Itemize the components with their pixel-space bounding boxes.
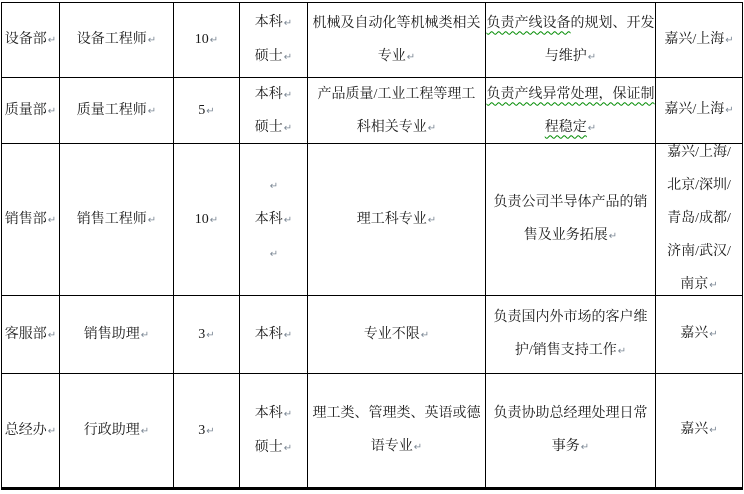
cell-line: 本科↵ bbox=[255, 397, 292, 431]
cell-line: 本科↵ bbox=[255, 203, 292, 237]
cell-line: 护/销售支持工作↵ bbox=[515, 334, 626, 368]
cell-education[interactable]: ↵本科↵↵ bbox=[240, 144, 308, 296]
cell-text: 北京/深圳/ bbox=[667, 178, 731, 193]
table-row: 销售部↵销售工程师↵10↵↵本科↵↵理工科专业↵负责公司半导体产品的销售及业务拓… bbox=[2, 144, 742, 296]
cell-text: 本科 bbox=[255, 327, 283, 342]
paragraph-mark-icon: ↵ bbox=[284, 123, 292, 134]
cell-line: 专业↵ bbox=[378, 40, 415, 74]
paragraph-mark-icon: ↵ bbox=[284, 409, 292, 420]
cell-position[interactable]: 质量工程师↵ bbox=[60, 78, 174, 144]
cell-line: 嘉兴↵ bbox=[680, 414, 717, 447]
cell-text: 机械及自动化等机械类相关 bbox=[313, 16, 481, 31]
cell-position[interactable]: 设备工程师↵ bbox=[60, 3, 174, 78]
cell-location[interactable]: 嘉兴↵ bbox=[656, 374, 742, 487]
paragraph-mark-icon: ↵ bbox=[284, 18, 292, 29]
cell-text: 售及业务拓展 bbox=[524, 228, 608, 243]
cell-headcount[interactable]: 3↵ bbox=[174, 296, 240, 374]
cell-line: 程稳定↵ bbox=[545, 111, 596, 144]
paragraph-mark-icon: ↵ bbox=[210, 215, 218, 226]
cell-line: 负责公司半导体产品的销 bbox=[494, 186, 648, 219]
paragraph-mark-icon: ↵ bbox=[48, 215, 56, 226]
cell-line: 理工科专业↵ bbox=[357, 203, 436, 237]
cell-text: 设备工程师 bbox=[77, 32, 147, 47]
cell-line: 设备部↵ bbox=[5, 23, 56, 57]
cell-text: 产品质量/工业工程等理工 bbox=[318, 87, 476, 102]
cell-text: 护/销售支持工作 bbox=[515, 343, 617, 358]
paragraph-mark-icon: ↵ bbox=[148, 106, 156, 117]
cell-line: 科相关专业↵ bbox=[357, 111, 436, 144]
cell-text: 嘉兴/上海/ bbox=[667, 145, 731, 160]
paragraph-mark-icon: ↵ bbox=[725, 35, 733, 46]
paragraph-mark-icon: ↵ bbox=[407, 52, 415, 63]
cell-text: 专业 bbox=[378, 49, 406, 64]
paragraph-mark-icon: ↵ bbox=[428, 123, 436, 134]
paragraph-mark-icon: ↵ bbox=[270, 181, 278, 192]
paragraph-mark-icon: ↵ bbox=[206, 330, 214, 341]
cell-location[interactable]: 嘉兴/上海↵ bbox=[656, 3, 742, 78]
cell-line: 客服部↵ bbox=[5, 318, 56, 352]
cell-line: 质量部↵ bbox=[5, 94, 56, 128]
cell-responsibility[interactable]: 负责产线设备的规划、开发与维护↵ bbox=[486, 3, 656, 78]
cell-line: ↵ bbox=[269, 169, 278, 203]
document-canvas: 设备部↵设备工程师↵10↵本科↵硕士↵机械及自动化等机械类相关专业↵负责产线设备… bbox=[0, 0, 744, 494]
paragraph-mark-icon: ↵ bbox=[148, 35, 156, 46]
cell-text: 硕士 bbox=[255, 49, 283, 64]
paragraph-mark-icon: ↵ bbox=[48, 106, 56, 117]
cell-responsibility[interactable]: 负责国内外市场的客户维护/销售支持工作↵ bbox=[486, 296, 656, 374]
table-row: 客服部↵销售助理↵3↵本科↵专业不限↵负责国内外市场的客户维护/销售支持工作↵嘉… bbox=[2, 296, 742, 374]
cell-text: 嘉兴 bbox=[680, 422, 708, 437]
cell-text: 理工类、管理类、英语或德 bbox=[313, 406, 481, 421]
cell-location[interactable]: 嘉兴/上海/北京/深圳/青岛/成都/济南/武汉/南京↵ bbox=[656, 144, 742, 296]
cell-headcount[interactable]: 10↵ bbox=[174, 3, 240, 78]
cell-major[interactable]: 理工科专业↵ bbox=[308, 144, 486, 296]
cell-text: 硕士 bbox=[255, 440, 283, 455]
cell-line: 设备工程师↵ bbox=[77, 23, 156, 57]
cell-text: 南京 bbox=[680, 277, 708, 292]
paragraph-mark-icon: ↵ bbox=[609, 231, 617, 242]
cell-line: 硕士↵ bbox=[255, 111, 292, 144]
cell-line: 本科↵ bbox=[255, 318, 292, 352]
cell-line: 销售助理↵ bbox=[84, 318, 149, 352]
cell-line: 理工类、管理类、英语或德 bbox=[313, 397, 481, 430]
paragraph-mark-icon: ↵ bbox=[421, 330, 429, 341]
cell-major[interactable]: 理工类、管理类、英语或德语专业↵ bbox=[308, 374, 486, 487]
cell-major[interactable]: 产品质量/工业工程等理工科相关专业↵ bbox=[308, 78, 486, 144]
cell-line: 青岛/成都/ bbox=[667, 203, 731, 236]
cell-text: 科相关专业 bbox=[357, 120, 427, 135]
table-row: 总经办↵行政助理↵3↵本科↵硕士↵理工类、管理类、英语或德语专业↵负责协助总经理… bbox=[2, 374, 742, 487]
paragraph-mark-icon: ↵ bbox=[270, 249, 278, 260]
cell-text: 3 bbox=[198, 327, 205, 342]
paragraph-mark-icon: ↵ bbox=[588, 123, 596, 134]
cell-text: 济南/武汉/ bbox=[667, 244, 731, 259]
cell-text: 销售部 bbox=[5, 212, 47, 227]
cell-text: 客服部 bbox=[5, 327, 47, 342]
cell-line: 销售部↵ bbox=[5, 203, 56, 237]
cell-line: 与维护↵ bbox=[545, 40, 596, 74]
paragraph-mark-icon: ↵ bbox=[48, 35, 56, 46]
cell-text: 销售工程师 bbox=[77, 212, 147, 227]
paragraph-mark-icon: ↵ bbox=[709, 329, 717, 340]
cell-text: 专业不限 bbox=[364, 327, 420, 342]
cell-text: 本科 bbox=[255, 15, 283, 30]
cell-text: 3 bbox=[198, 423, 205, 438]
cell-text: 本科 bbox=[255, 212, 283, 227]
cell-line: 负责国内外市场的客户维 bbox=[494, 301, 648, 334]
spellcheck-flagged-text: 程稳定 bbox=[545, 120, 587, 135]
cell-line: 质量工程师↵ bbox=[77, 94, 156, 128]
cell-line: 机械及自动化等机械类相关 bbox=[313, 7, 481, 40]
cell-responsibility[interactable]: 负责公司半导体产品的销售及业务拓展↵ bbox=[486, 144, 656, 296]
table-row: 质量部↵质量工程师↵5↵本科↵硕士↵产品质量/工业工程等理工科相关专业↵负责产线… bbox=[2, 78, 742, 144]
cell-responsibility[interactable]: 负责产线异常处理，保证制程稳定↵ bbox=[486, 78, 656, 144]
cell-text: 嘉兴/上海 bbox=[664, 102, 724, 117]
cell-department[interactable]: 质量部↵ bbox=[2, 78, 60, 144]
cell-text: 与维护 bbox=[545, 49, 587, 64]
cell-line: 嘉兴/上海↵ bbox=[664, 24, 733, 57]
cell-department[interactable]: 设备部↵ bbox=[2, 3, 60, 78]
cell-line: 总经办↵ bbox=[5, 414, 56, 448]
cell-text: 嘉兴/上海 bbox=[664, 32, 724, 47]
paragraph-mark-icon: ↵ bbox=[206, 426, 214, 437]
cell-text: 负责协助总经理处理日常 bbox=[494, 406, 648, 421]
paragraph-mark-icon: ↵ bbox=[618, 346, 626, 357]
cell-line: 3↵ bbox=[198, 318, 214, 352]
cell-line: 行政助理↵ bbox=[84, 414, 149, 448]
cell-text: 硕士 bbox=[255, 120, 283, 135]
cell-line: 语专业↵ bbox=[371, 430, 422, 464]
spellcheck-flagged-text: 负责产线设备 bbox=[487, 16, 571, 31]
cell-text: 设备部 bbox=[5, 32, 47, 47]
paragraph-mark-icon: ↵ bbox=[141, 426, 149, 437]
paragraph-mark-icon: ↵ bbox=[284, 215, 292, 226]
cell-text: 本科 bbox=[255, 406, 283, 421]
cell-text: 行政助理 bbox=[84, 423, 140, 438]
paragraph-mark-icon: ↵ bbox=[284, 443, 292, 454]
cell-responsibility[interactable]: 负责协助总经理处理日常事务↵ bbox=[486, 374, 656, 487]
spellcheck-flagged-text: 负责产线异常处理，保证制 bbox=[487, 87, 655, 102]
cell-text: 质量工程师 bbox=[77, 103, 147, 118]
cell-headcount[interactable]: 5↵ bbox=[174, 78, 240, 144]
cell-text: 负责公司半导体产品的销 bbox=[494, 195, 648, 210]
cell-line: ↵ bbox=[269, 237, 278, 271]
paragraph-mark-icon: ↵ bbox=[141, 330, 149, 341]
cell-location[interactable]: 嘉兴↵ bbox=[656, 296, 742, 374]
cell-line: 售及业务拓展↵ bbox=[524, 219, 617, 253]
cell-line: 10↵ bbox=[195, 23, 218, 57]
cell-line: 负责协助总经理处理日常 bbox=[494, 397, 648, 430]
cell-location[interactable]: 嘉兴/上海↵ bbox=[656, 78, 742, 144]
paragraph-mark-icon: ↵ bbox=[581, 442, 589, 453]
cell-line: 嘉兴/上海↵ bbox=[664, 94, 733, 127]
cell-education[interactable]: 本科↵硕士↵ bbox=[240, 78, 308, 144]
cell-major[interactable]: 专业不限↵ bbox=[308, 296, 486, 374]
cell-line: 嘉兴/上海/ bbox=[667, 144, 731, 170]
cell-education[interactable]: 本科↵硕士↵ bbox=[240, 3, 308, 78]
paragraph-mark-icon: ↵ bbox=[284, 90, 292, 101]
cell-department[interactable]: 销售部↵ bbox=[2, 144, 60, 296]
cell-position[interactable]: 销售助理↵ bbox=[60, 296, 174, 374]
cell-line: 南京↵ bbox=[680, 269, 717, 296]
cell-text: 10 bbox=[195, 32, 209, 47]
paragraph-mark-icon: ↵ bbox=[284, 52, 292, 63]
cell-position[interactable]: 行政助理↵ bbox=[60, 374, 174, 487]
cell-text: 青岛/成都/ bbox=[667, 211, 731, 226]
cell-line: 销售工程师↵ bbox=[77, 203, 156, 237]
cell-education[interactable]: 本科↵硕士↵ bbox=[240, 374, 308, 487]
cell-text: 的规划、开发 bbox=[571, 16, 655, 31]
paragraph-mark-icon: ↵ bbox=[709, 280, 717, 291]
cell-education[interactable]: 本科↵ bbox=[240, 296, 308, 374]
cell-text: 5 bbox=[198, 103, 205, 118]
cell-text: 负责国内外市场的客户维 bbox=[494, 310, 648, 325]
cell-headcount[interactable]: 3↵ bbox=[174, 374, 240, 487]
paragraph-mark-icon: ↵ bbox=[414, 442, 422, 453]
paragraph-mark-icon: ↵ bbox=[284, 330, 292, 341]
cell-line: 北京/深圳/ bbox=[667, 170, 731, 203]
cell-text: 嘉兴 bbox=[680, 326, 708, 341]
cell-line: 本科↵ bbox=[255, 6, 292, 40]
paragraph-mark-icon: ↵ bbox=[709, 425, 717, 436]
cell-line: 3↵ bbox=[198, 414, 214, 448]
cell-text: 事务 bbox=[552, 439, 580, 454]
cell-text: 10 bbox=[195, 212, 209, 227]
paragraph-mark-icon: ↵ bbox=[428, 215, 436, 226]
paragraph-mark-icon: ↵ bbox=[148, 215, 156, 226]
cell-headcount[interactable]: 10↵ bbox=[174, 144, 240, 296]
cell-line: 济南/武汉/ bbox=[667, 236, 731, 269]
cell-major[interactable]: 机械及自动化等机械类相关专业↵ bbox=[308, 3, 486, 78]
paragraph-mark-icon: ↵ bbox=[48, 426, 56, 437]
cell-text: 本科 bbox=[255, 87, 283, 102]
cell-line: 5↵ bbox=[198, 94, 214, 128]
cell-line: 硕士↵ bbox=[255, 40, 292, 74]
cell-line: 负责产线异常处理，保证制 bbox=[487, 78, 655, 111]
cell-text: 销售助理 bbox=[84, 327, 140, 342]
cell-line: 硕士↵ bbox=[255, 431, 292, 465]
cell-position[interactable]: 销售工程师↵ bbox=[60, 144, 174, 296]
cell-department[interactable]: 总经办↵ bbox=[2, 374, 60, 487]
paragraph-mark-icon: ↵ bbox=[206, 106, 214, 117]
cell-line: 产品质量/工业工程等理工 bbox=[318, 78, 476, 111]
cell-line: 本科↵ bbox=[255, 78, 292, 111]
cell-text: 质量部 bbox=[5, 103, 47, 118]
cell-line: 负责产线设备的规划、开发 bbox=[487, 7, 655, 40]
paragraph-mark-icon: ↵ bbox=[210, 35, 218, 46]
job-recruitment-table: 设备部↵设备工程师↵10↵本科↵硕士↵机械及自动化等机械类相关专业↵负责产线设备… bbox=[1, 2, 743, 490]
paragraph-mark-icon: ↵ bbox=[588, 52, 596, 63]
cell-text: 理工科专业 bbox=[357, 212, 427, 227]
paragraph-mark-icon: ↵ bbox=[48, 330, 56, 341]
cell-department[interactable]: 客服部↵ bbox=[2, 296, 60, 374]
cell-text: 总经办 bbox=[5, 423, 47, 438]
cell-line: 事务↵ bbox=[552, 430, 589, 464]
table-row: 设备部↵设备工程师↵10↵本科↵硕士↵机械及自动化等机械类相关专业↵负责产线设备… bbox=[2, 3, 742, 78]
cell-text: 语专业 bbox=[371, 439, 413, 454]
cell-line: 嘉兴↵ bbox=[680, 318, 717, 351]
cell-line: 10↵ bbox=[195, 203, 218, 237]
cell-line: 专业不限↵ bbox=[364, 318, 429, 352]
paragraph-mark-icon: ↵ bbox=[725, 105, 733, 116]
